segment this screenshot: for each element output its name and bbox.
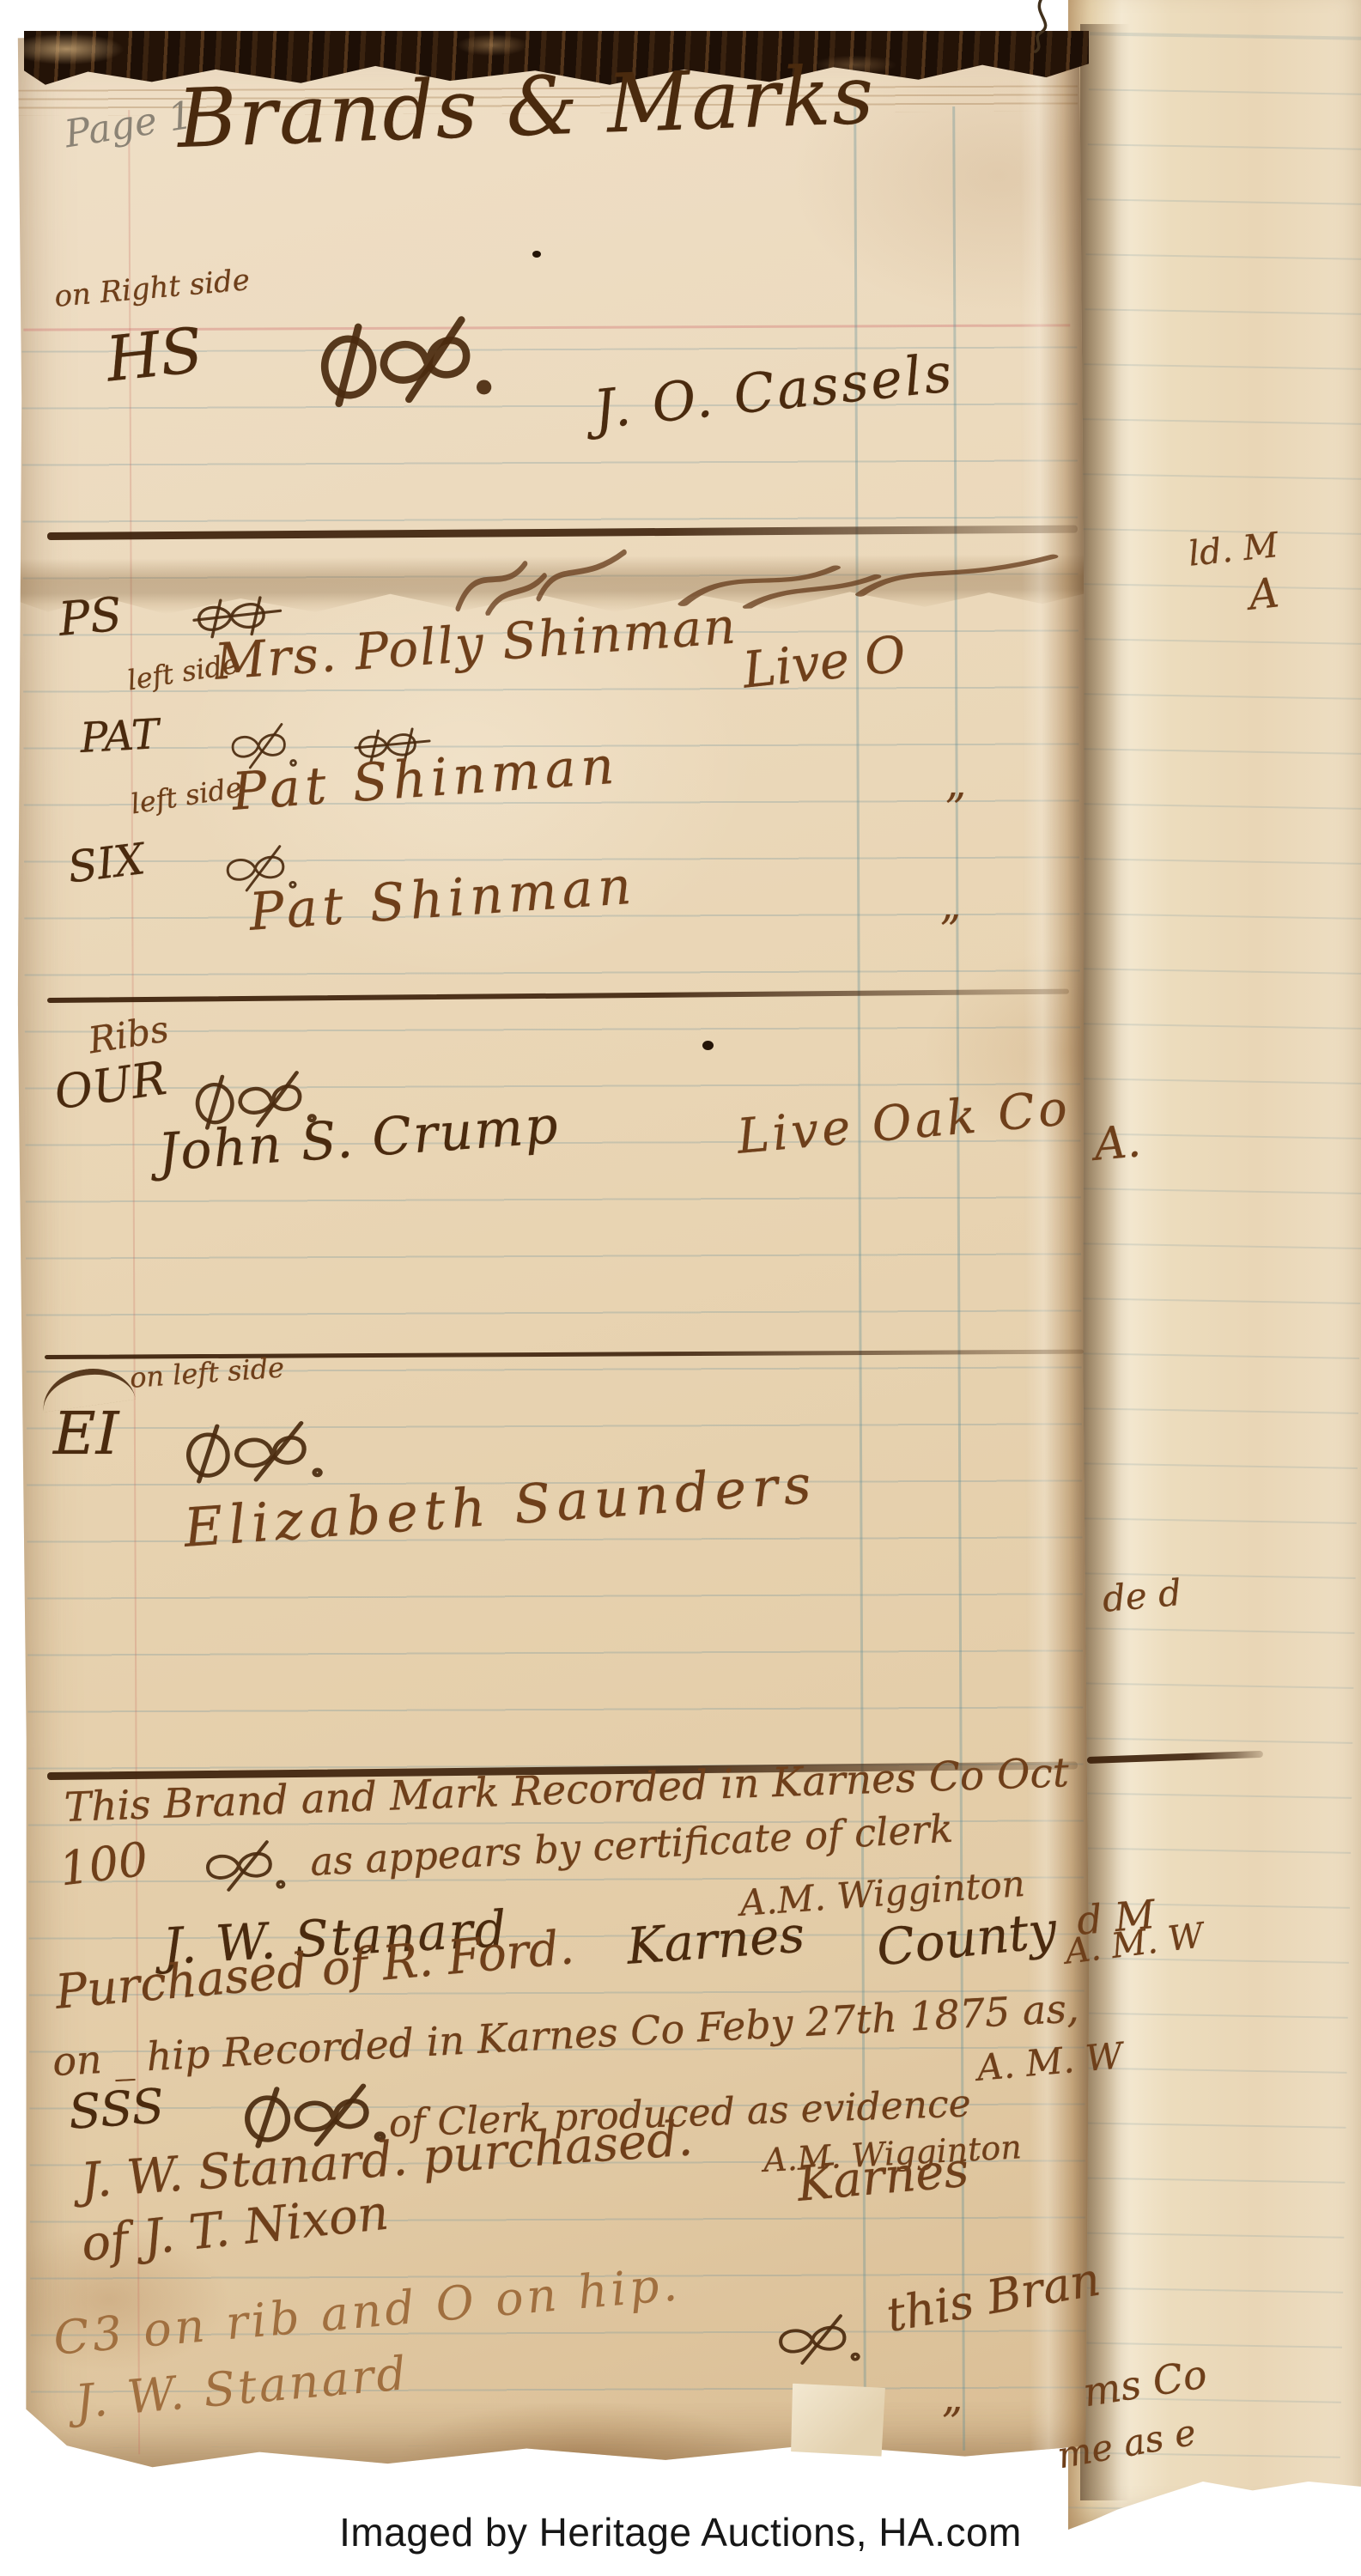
brand-code-ei: EI — [53, 1403, 119, 1467]
brand-code-six: SIX — [65, 835, 148, 892]
owner-stanard-3: J. W. Stanard — [73, 2348, 410, 2427]
signature-cassels: J. O. Cassels — [591, 343, 957, 440]
side-note-left-2: left side — [129, 773, 244, 820]
brand-code-ei-arc — [39, 1363, 136, 1413]
ledger-title: Brands & Marks — [176, 52, 877, 165]
photo-caption: Imaged by Heritage Auctions, HA.com — [0, 2509, 1361, 2555]
ink-dot-1 — [532, 251, 541, 258]
brand-code-hs: HS — [103, 316, 206, 393]
rightpage-frag-7: A. M. W — [975, 2036, 1124, 2088]
rightpage-frag-9: me as e — [1054, 2413, 1199, 2476]
brand-mark-ei — [172, 1414, 325, 1491]
county-karnes-1: Karnes — [625, 1908, 806, 1975]
county-karnes-1b: County — [874, 1903, 1060, 1976]
auction-photo: Page 1Brands & Markson Right sideHSJ. O.… — [0, 0, 1361, 2576]
brand-code-100: 100 — [57, 1833, 151, 1895]
ditto-mark-3: ” — [941, 2401, 963, 2446]
handwriting-layer: Page 1Brands & Markson Right sideHSJ. O.… — [0, 0, 1361, 2576]
county-live-oak-cut: Live O — [740, 627, 908, 698]
brand-mark-hs — [302, 307, 495, 416]
side-note-right: on Right side — [53, 264, 251, 313]
page-number: Page 1 — [62, 95, 196, 156]
rightpage-frag-2: A — [1247, 570, 1281, 618]
brand-code-pat: PAT — [79, 712, 161, 762]
rightpage-frag-3: A. — [1092, 1117, 1143, 1170]
brand-code-sss: SSS — [67, 2080, 166, 2138]
rightpage-frag-4: de d — [1101, 1573, 1183, 1619]
ink-rule-4b — [1087, 1751, 1263, 1764]
ditto-mark-1: ” — [945, 787, 966, 832]
ink-dot-2 — [702, 1041, 714, 1050]
side-note-left-3: on left side — [129, 1352, 285, 1394]
brand-code-ps: PS — [57, 589, 124, 646]
brand-code-our: OUR — [52, 1053, 169, 1119]
ditto-mark-2: ” — [939, 908, 961, 954]
rightpage-frag-8: ms Co — [1080, 2352, 1210, 2415]
rightpage-frag-1: ld. M — [1187, 526, 1280, 574]
record-note-6: this Bran — [883, 2253, 1104, 2341]
brand-mark-100 — [182, 1835, 301, 1898]
county-live-oak: Live Oak Co — [735, 1082, 1072, 1163]
county-karnes-2: Karnes — [795, 2144, 971, 2212]
ink-rule-1 — [47, 526, 1078, 540]
brand-mark-c3 — [754, 2308, 876, 2371]
record-note-5: C3 on rib and O on hip. — [52, 2258, 683, 2364]
ink-rule-2 — [47, 989, 1069, 1003]
